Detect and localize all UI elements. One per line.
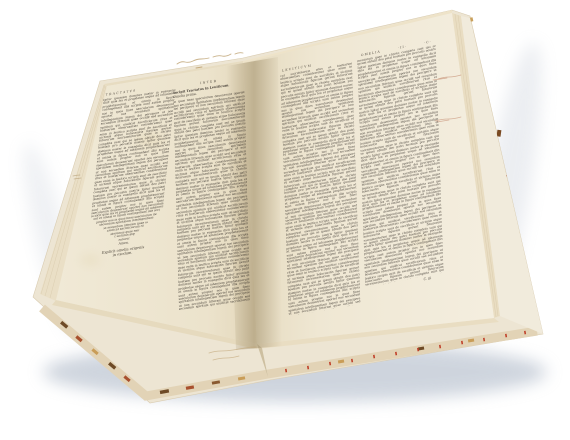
- print-text-block: in quos fines saeculorum deuenerunt opor…: [173, 91, 250, 311]
- left-page-column-2: INTER Incipit Tractatus in Leuiticum. Om…: [173, 75, 251, 333]
- folio-number: ·C·: [424, 39, 432, 45]
- right-page-column-2: OMELIA ·II· ·C· mentorum quae in christo…: [357, 39, 444, 300]
- guide-letter: s: [196, 99, 198, 103]
- right-page-column-1: LEVITICVM cat sacrificiorum ritus et hos…: [280, 56, 361, 322]
- print-text-block: cat sacrificiorum ritus et hostiarum obs…: [280, 62, 360, 316]
- photo-of-open-book: TRACTATVS Igitur quoniam dominus noster …: [0, 0, 570, 440]
- print-text-block: mentorum quae in christo completa sunt q…: [357, 45, 444, 288]
- print-text-block: Igitur quoniam dominus noster in euangel…: [91, 89, 176, 215]
